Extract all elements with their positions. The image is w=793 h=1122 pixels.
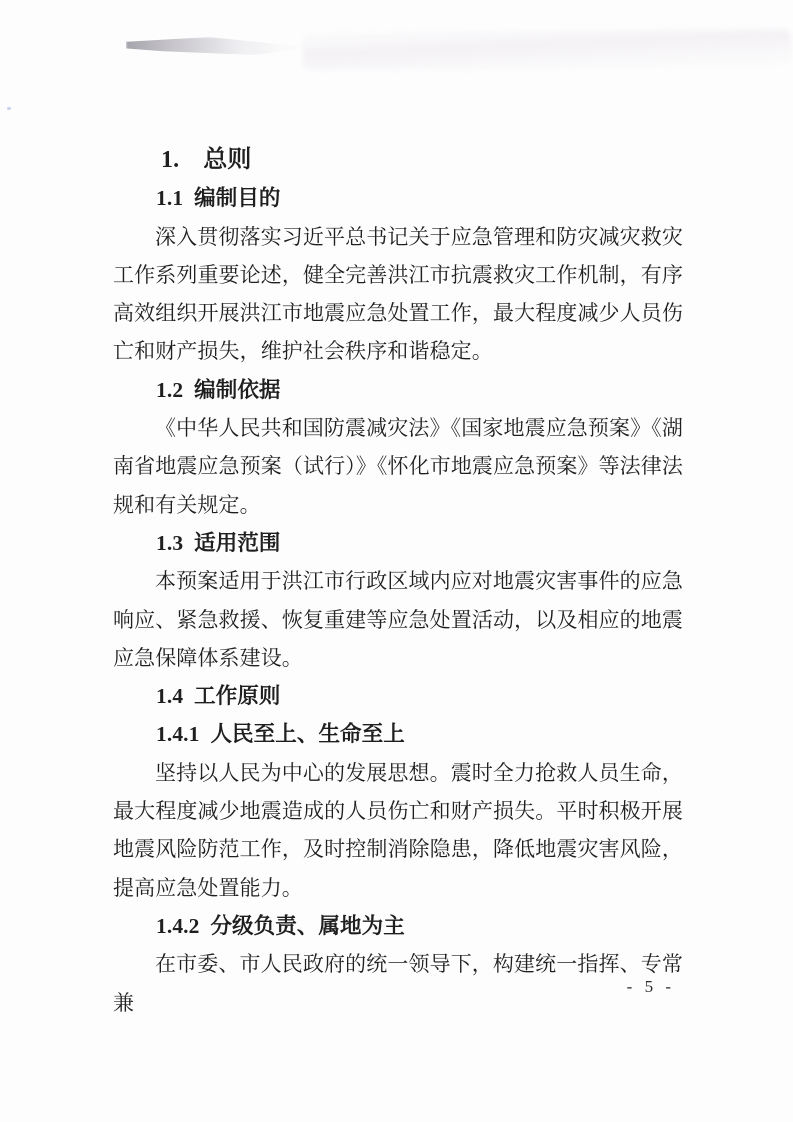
scan-smudge-artifact <box>126 37 311 56</box>
document-body: 1. 总则 1.1 编制目的 深入贯彻落实习近平总书记关于应急管理和防灾减灾救灾… <box>113 141 683 1022</box>
paragraph-scope: 本预案适用于洪江市行政区域内应对地震灾害事件的应急响应、紧急救援、恢复重建等应急… <box>113 562 683 677</box>
paragraph-principle-1: 坚持以人民为中心的发展思想。震时全力抢救人员生命，最大程度减少地震造成的人员伤亡… <box>113 754 683 907</box>
chapter-heading: 1. 总则 <box>113 141 683 179</box>
page-number: - 5 - <box>627 977 675 997</box>
scan-band-artifact <box>303 29 791 70</box>
subsection-heading-1-4-2: 1.4.2 分级负责、属地为主 <box>113 907 683 945</box>
section-heading-1-2: 1.2 编制依据 <box>113 371 683 409</box>
section-heading-1-4: 1.4 工作原则 <box>113 677 683 715</box>
scanned-document-page: 1. 总则 1.1 编制目的 深入贯彻落实习近平总书记关于应急管理和防灾减灾救灾… <box>0 0 793 1122</box>
scan-speck-artifact <box>7 107 11 110</box>
section-heading-1-1: 1.1 编制目的 <box>113 179 683 217</box>
paragraph-purpose: 深入贯彻落实习近平总书记关于应急管理和防灾减灾救灾工作系列重要论述，健全完善洪江… <box>113 218 683 371</box>
paragraph-basis: 《中华人民共和国防震减灾法》《国家地震应急预案》《湖南省地震应急预案（试行）》《… <box>113 409 683 524</box>
paragraph-principle-2-partial: 在市委、市人民政府的统一领导下，构建统一指挥、专常兼 <box>113 945 683 1022</box>
section-heading-1-3: 1.3 适用范围 <box>113 524 683 562</box>
subsection-heading-1-4-1: 1.4.1 人民至上、生命至上 <box>113 715 683 753</box>
